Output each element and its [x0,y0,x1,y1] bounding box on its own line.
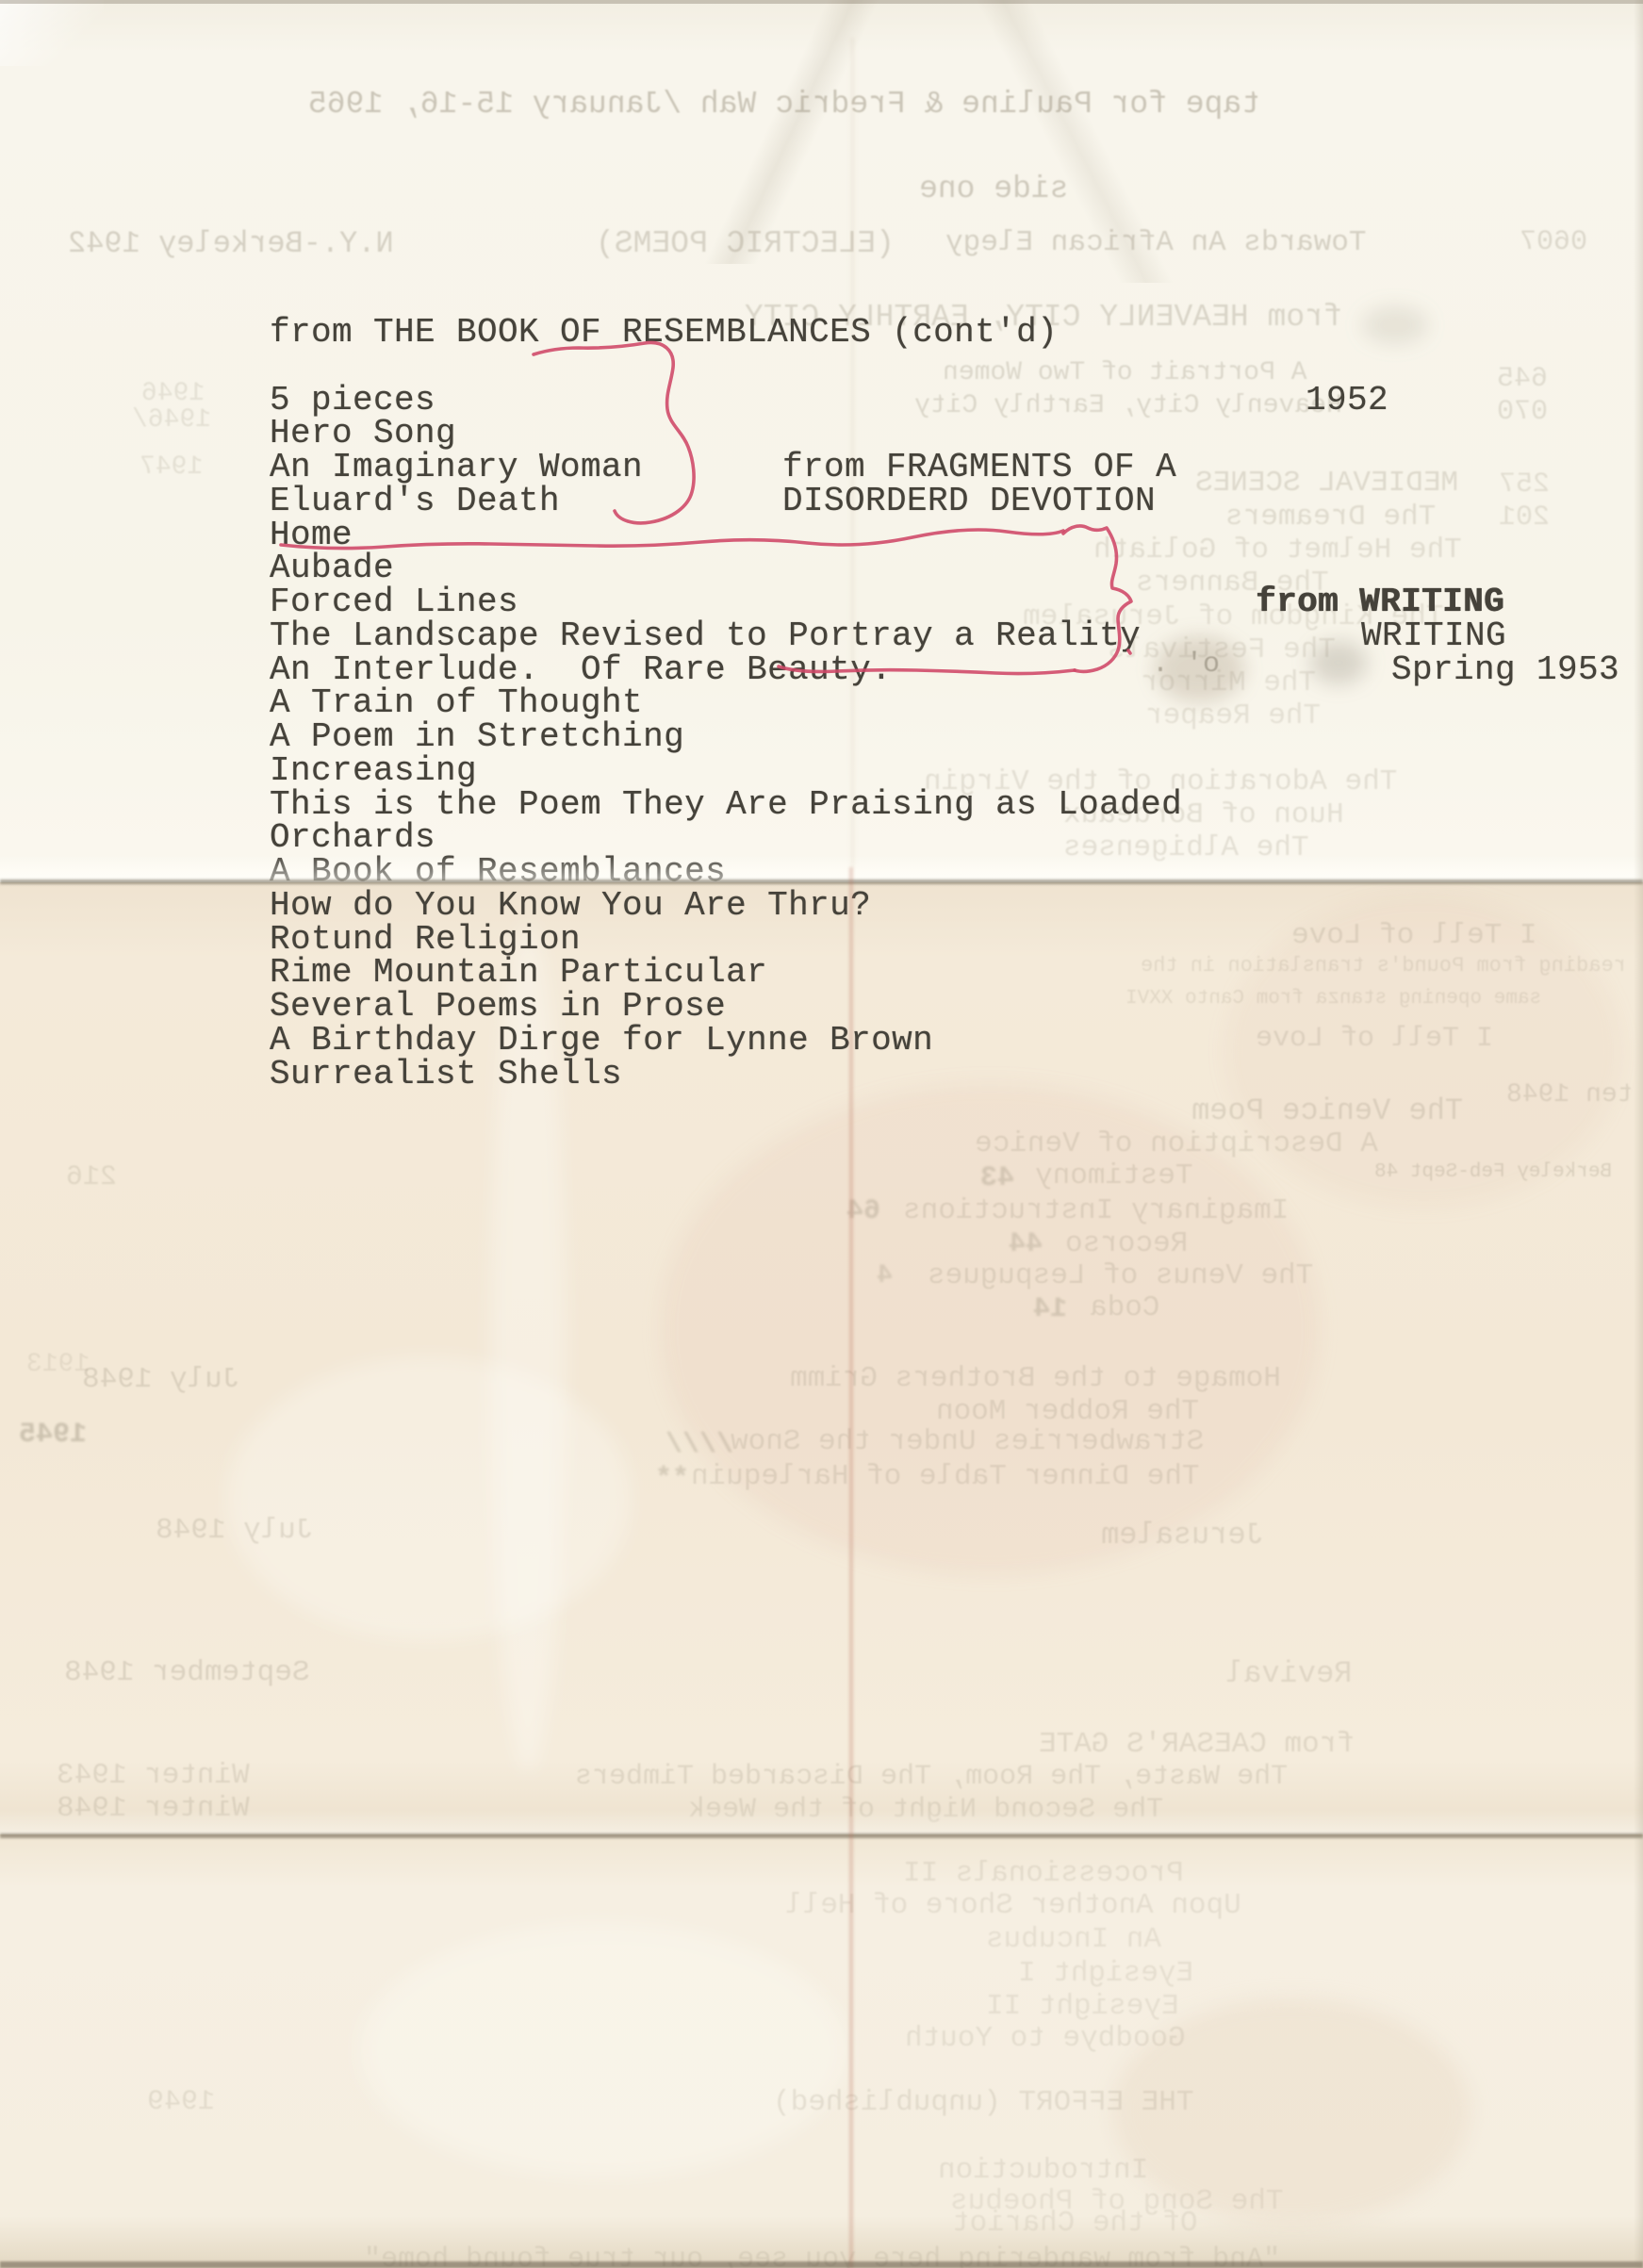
page-edge-bottom [0,2261,1643,2268]
red-pen-mark [779,666,1075,674]
page-edge-right [1634,0,1643,2268]
scanned-typewritten-page: tape for Pauline & Fredric Wah /January … [0,0,1643,2268]
page-edge-top [0,0,1643,4]
red-pen-mark [1063,526,1131,671]
red-pen-mark [281,530,1063,549]
red-pen-mark [1128,650,1130,653]
red-pen-annotation-overlay [0,0,1643,2268]
red-pen-mark [534,343,694,523]
